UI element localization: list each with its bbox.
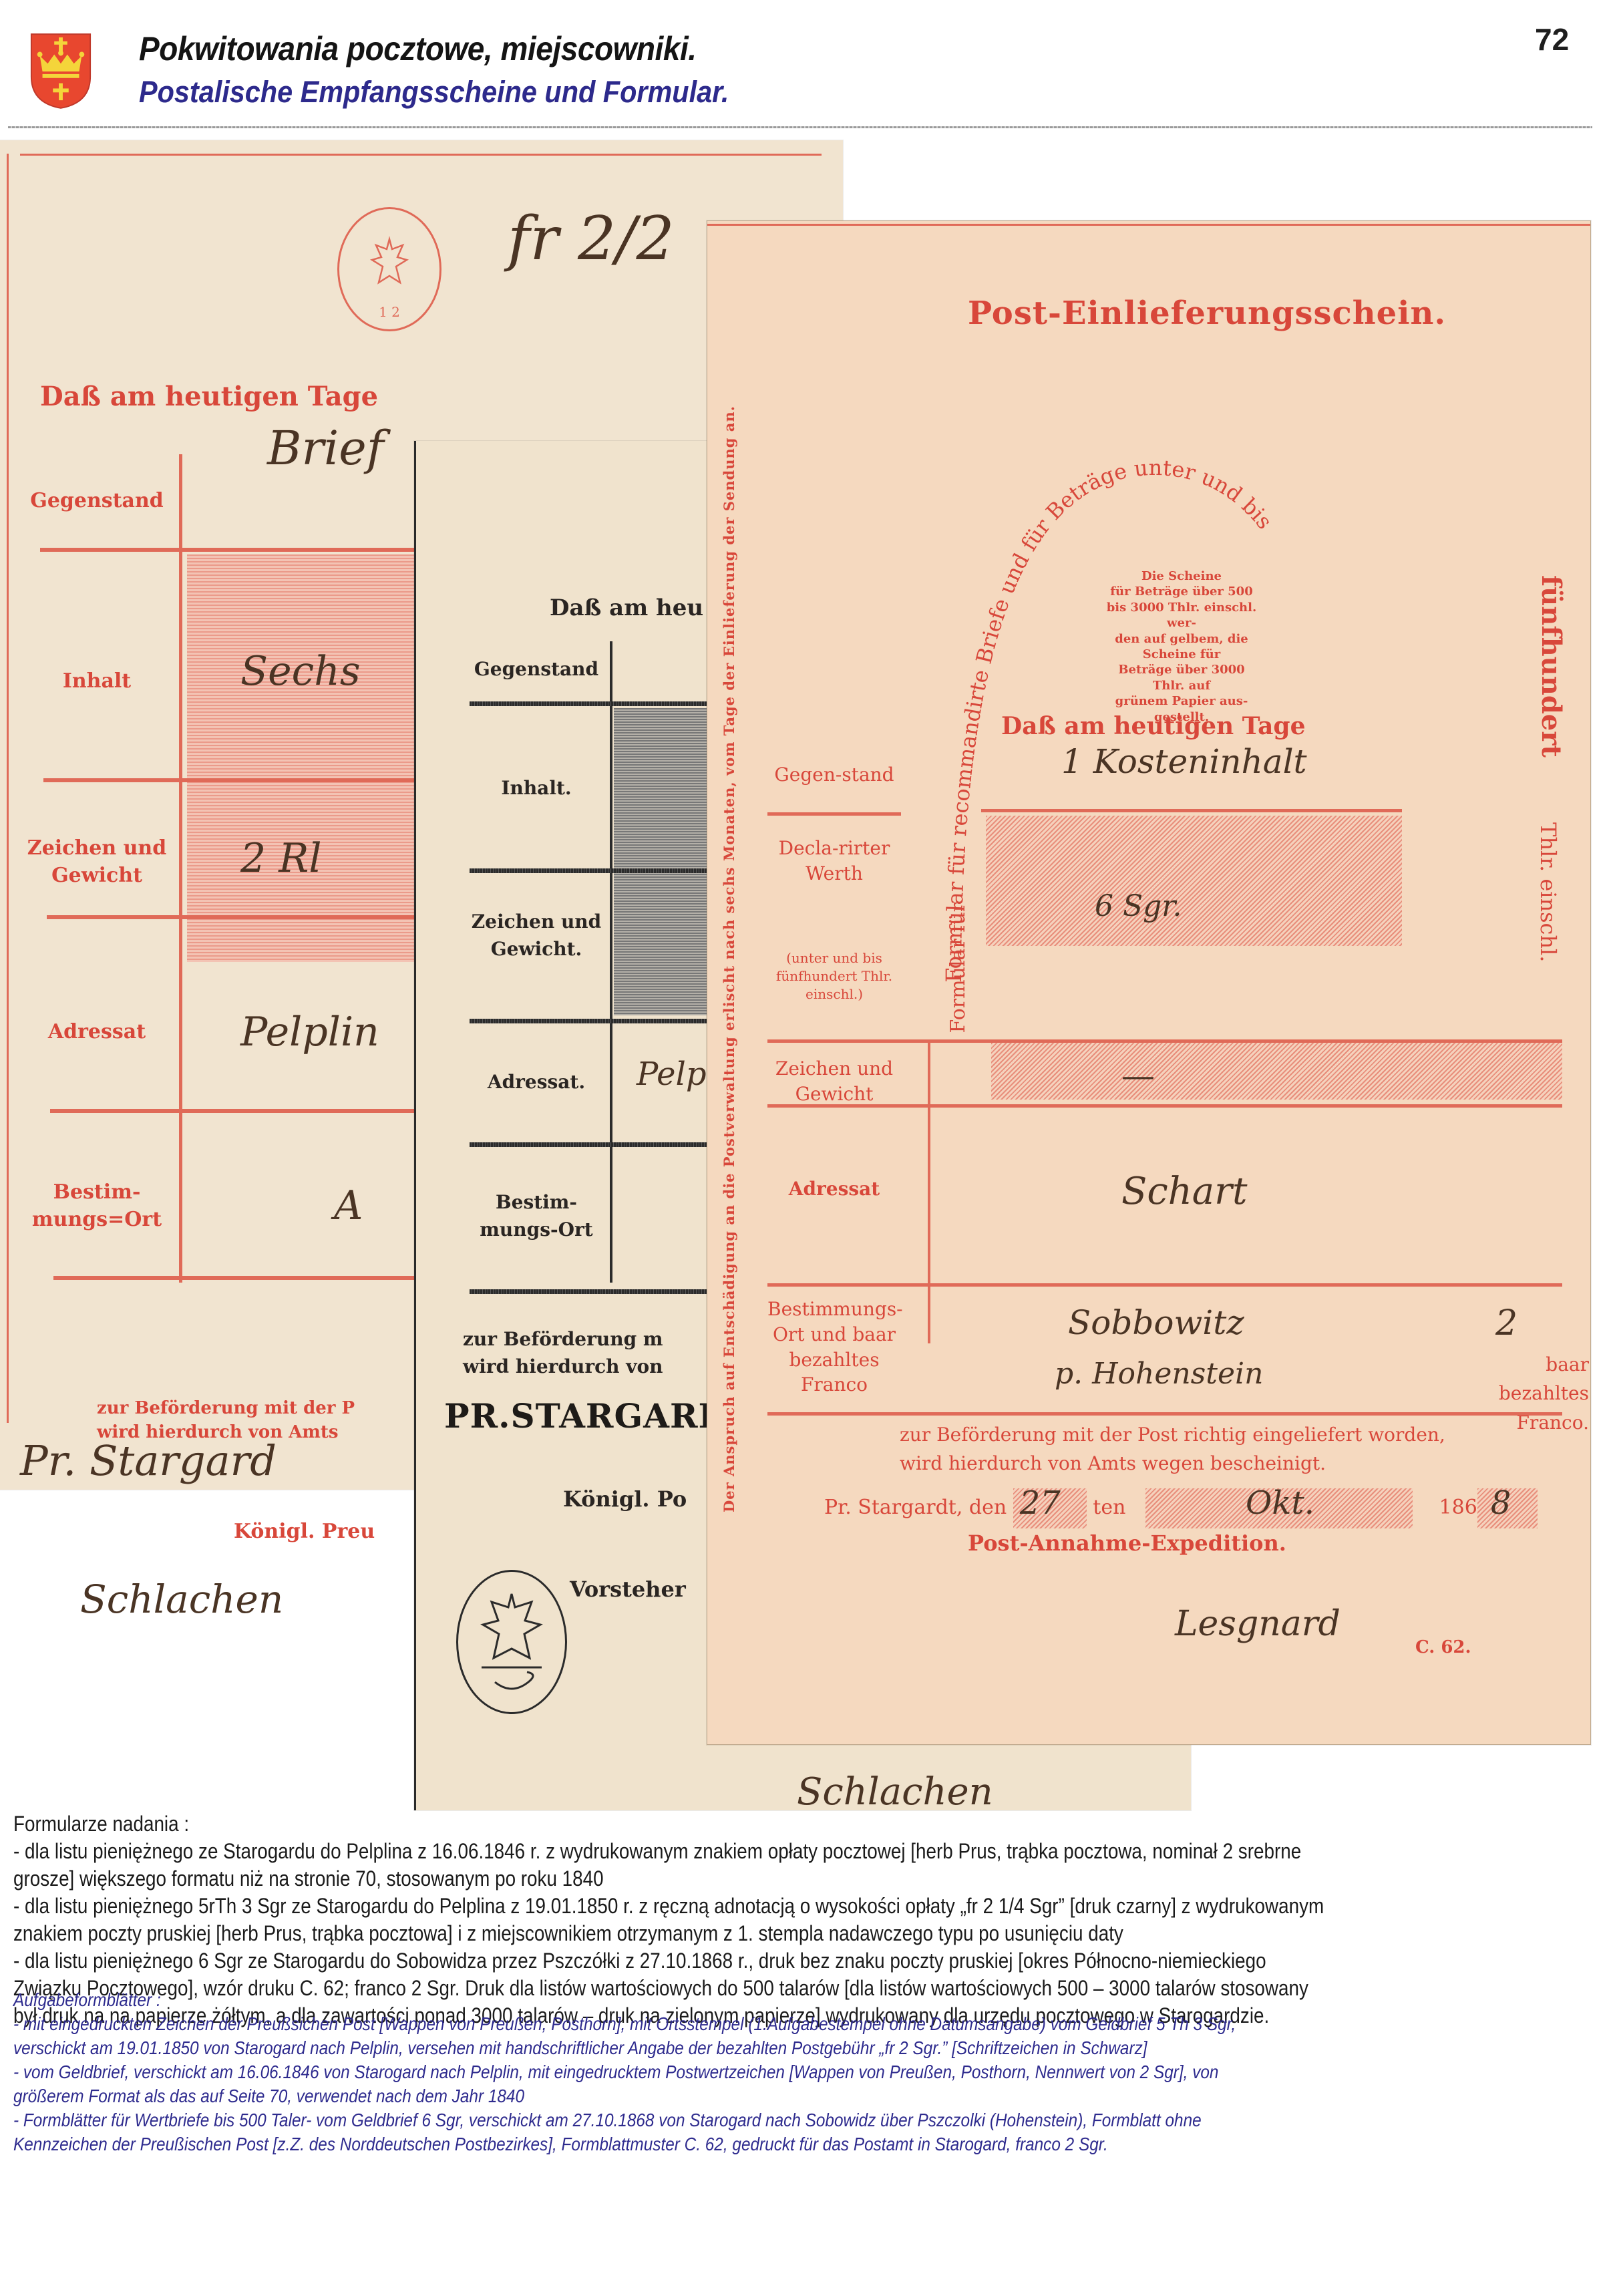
day-field: 27 (1013, 1488, 1087, 1528)
handwritten-adressat: Pelplin (240, 1009, 379, 1055)
page-number: 72 (1535, 21, 1569, 57)
place-postmark: PR.STARGARD. (444, 1396, 739, 1436)
arc-text-thlr: Thlr. einschl. (1536, 822, 1561, 962)
description-german: Aufgabeformblätter : - mit eingedruckten… (13, 1988, 1588, 2156)
form-certification-text: zur Beförderung mit der Post richtig ein… (900, 1420, 1445, 1478)
handwritten-bestimmungsort: Sobbowitz (1068, 1303, 1244, 1342)
imprinted-postage-stamp: 1 2 (337, 207, 441, 331)
handwritten-signature: Schlachen (797, 1770, 993, 1814)
handwritten-franco-value: 2 (1495, 1303, 1517, 1343)
form-certification-text: zur Beförderung m wird hierdurch von (463, 1326, 663, 1380)
description-line: - dla listu pieniężnego 6 Sgr ze Staroga… (13, 1947, 1588, 1975)
handwritten-signature: Schlachen (80, 1577, 283, 1622)
handwritten-werth: 6 Sgr. (1095, 889, 1182, 923)
month-field: Okt. (1145, 1488, 1413, 1528)
row-divider (470, 1019, 723, 1023)
exhibit-area: 1 2 fr 2/2 Daß am heutigen Tage Brief Ge… (0, 134, 1609, 1790)
row-divider (43, 778, 414, 782)
description-line: - vom Geldbrief, verschickt am 16.06.184… (13, 2060, 1588, 2084)
description-line: grosze] większego formatu niż na stronie… (13, 1865, 1588, 1893)
side-notice-text: Der Anspruch auf Entschädigung an die Po… (721, 248, 747, 1671)
handwritten-fee: fr 2/2 (508, 204, 675, 274)
form-number: C. 62. (1415, 1637, 1471, 1657)
koenigl-preussisches-postamt: Königl. Preu (234, 1520, 375, 1543)
form-title: Post-Einlieferungsschein. (968, 295, 1446, 332)
row-divider (470, 868, 723, 873)
exhibit-description: Formularze nadania : - dla listu pienięż… (13, 1810, 1590, 2156)
page-title-polish: Pokwitowania pocztowe, miejscowniki. (139, 29, 697, 68)
year-field: 8 (1477, 1488, 1538, 1528)
row-divider (767, 1283, 1562, 1287)
label-bestimmungsort: Bestimmungs-Ort und baar bezahltes Franc… (767, 1297, 901, 1398)
koenigl-postamt: Königl. Po (563, 1486, 687, 1512)
handwritten-via: p. Hohenstein (1055, 1357, 1263, 1391)
imprinted-seal (456, 1570, 567, 1714)
starogard-coat-of-arms-icon (28, 31, 94, 110)
row-divider (767, 812, 901, 816)
label-gegenstand: Gegen-stand (767, 762, 901, 788)
description-line: - Formblätter für Wertbriefe bis 500 Tal… (13, 2108, 1588, 2132)
description-line: - mit eingedruckten Zeichen der Preußsic… (13, 2012, 1588, 2036)
row-divider (50, 1109, 414, 1113)
vorsteher-label: Vorsteher (570, 1577, 686, 1602)
handwritten-zeichen: 2 Rl (240, 835, 322, 882)
description-line: - dla listu pieniężnego 5rTh 3 Sgr ze St… (13, 1893, 1588, 1920)
label-bestimmungsort: Bestim-mungs=Ort (17, 1179, 177, 1233)
label-adressat: Adressat (767, 1176, 901, 1202)
label-zeichen-gewicht: Zeichen und Gewicht. (463, 909, 610, 963)
description-line: verschickt am 19.01.1850 von Starogard n… (13, 2036, 1588, 2060)
form-column-divider (179, 454, 182, 1283)
shaded-field (986, 816, 1402, 946)
row-divider (470, 1289, 723, 1294)
stamp-value: 1 2 (339, 304, 439, 320)
row-divider (981, 809, 1402, 812)
row-divider (47, 915, 414, 919)
label-zeichen-gewicht: Zeichen und Gewicht (767, 1056, 901, 1107)
prussian-eagle-icon (369, 236, 409, 296)
form-intro: Daß am heu (550, 595, 703, 621)
handwritten-signature: Lesgnard (1175, 1604, 1340, 1644)
label-inhalt: Inhalt (17, 668, 177, 695)
form-border (20, 154, 822, 156)
handwritten-gegenstand: 1 Kosteninhalt (1061, 742, 1307, 781)
handwritten-gegenstand: Brief (267, 421, 384, 476)
header-divider (8, 126, 1592, 128)
handwritten-place: Pr. Stargard (20, 1436, 277, 1485)
row-divider (53, 1276, 414, 1280)
form-intro: Daß am heutigen Tage (40, 381, 378, 412)
form-border (7, 154, 9, 1423)
label-zeichen-gewicht: Zeichen und Gewicht (17, 835, 177, 889)
row-divider (767, 1412, 1562, 1416)
description-line: Kennzeichen der Preußischen Post [z.Z. d… (13, 2132, 1588, 2156)
shaded-field (991, 1043, 1562, 1100)
label-declarirter-werth: Decla-rirter Werth (767, 836, 901, 886)
row-divider (470, 1142, 723, 1147)
handwritten-adressat: Schart (1121, 1170, 1247, 1213)
label-inhalt: Inhalt. (463, 775, 610, 802)
handwritten-inhalt: Sechs (240, 648, 361, 695)
page-title-german: Postalische Empfangsscheine und Formular… (139, 75, 729, 110)
description-heading: Formularze nadania : (13, 1810, 1588, 1838)
handwritten-adressat: Pelp (637, 1055, 707, 1093)
arc-text-fuenfhundert: fünfhundert (1536, 575, 1567, 758)
franco-label: baar bezahltes Franco. (1469, 1350, 1589, 1437)
paper-color-note: Die Scheine für Beträge über 500 bis 300… (1101, 568, 1262, 725)
label-adressat: Adressat (17, 1019, 177, 1046)
label-declarirter-note: (unter und bis fünfhundert Thlr. einschl… (767, 949, 901, 1003)
description-line: znakiem poczty pruskiej [herb Prus, trąb… (13, 1920, 1588, 1947)
row-divider (470, 701, 723, 706)
label-gegenstand: Gegenstand (17, 488, 177, 515)
description-line: - dla listu pieniężnego ze Starogardu do… (13, 1838, 1588, 1865)
form-border (707, 224, 1590, 226)
handwritten-zeichen: — (1121, 1056, 1155, 1095)
label-adressat: Adressat. (463, 1069, 610, 1096)
label-gegenstand: Gegenstand (463, 656, 610, 683)
shaded-field (187, 554, 414, 962)
prussian-eagle-posthorn-icon (475, 1589, 548, 1695)
form-column-divider (928, 1039, 930, 1343)
place-date-line: Pr. Stargardt, den 27 ten Okt. 1868 (824, 1488, 1538, 1528)
row-divider (40, 548, 414, 552)
row-divider (767, 1104, 1562, 1108)
receipt-form-1868: Der Anspruch auf Entschädigung an die Po… (707, 220, 1591, 1745)
handwritten-bestimmungsort: A (334, 1182, 363, 1229)
formular-vertical-text: Formular für (946, 903, 970, 1033)
description-line: größerem Format als das auf Seite 70, ve… (13, 2084, 1588, 2108)
description-heading: Aufgabeformblätter : (13, 1988, 1588, 2012)
label-bestimmungsort: Bestim-mungs-Ort (463, 1189, 610, 1243)
post-annahme-expedition: Post-Annahme-Expedition. (968, 1530, 1286, 1556)
form-column-divider (610, 641, 612, 1283)
form-intro: Daß am heutigen Tage (1001, 712, 1305, 740)
